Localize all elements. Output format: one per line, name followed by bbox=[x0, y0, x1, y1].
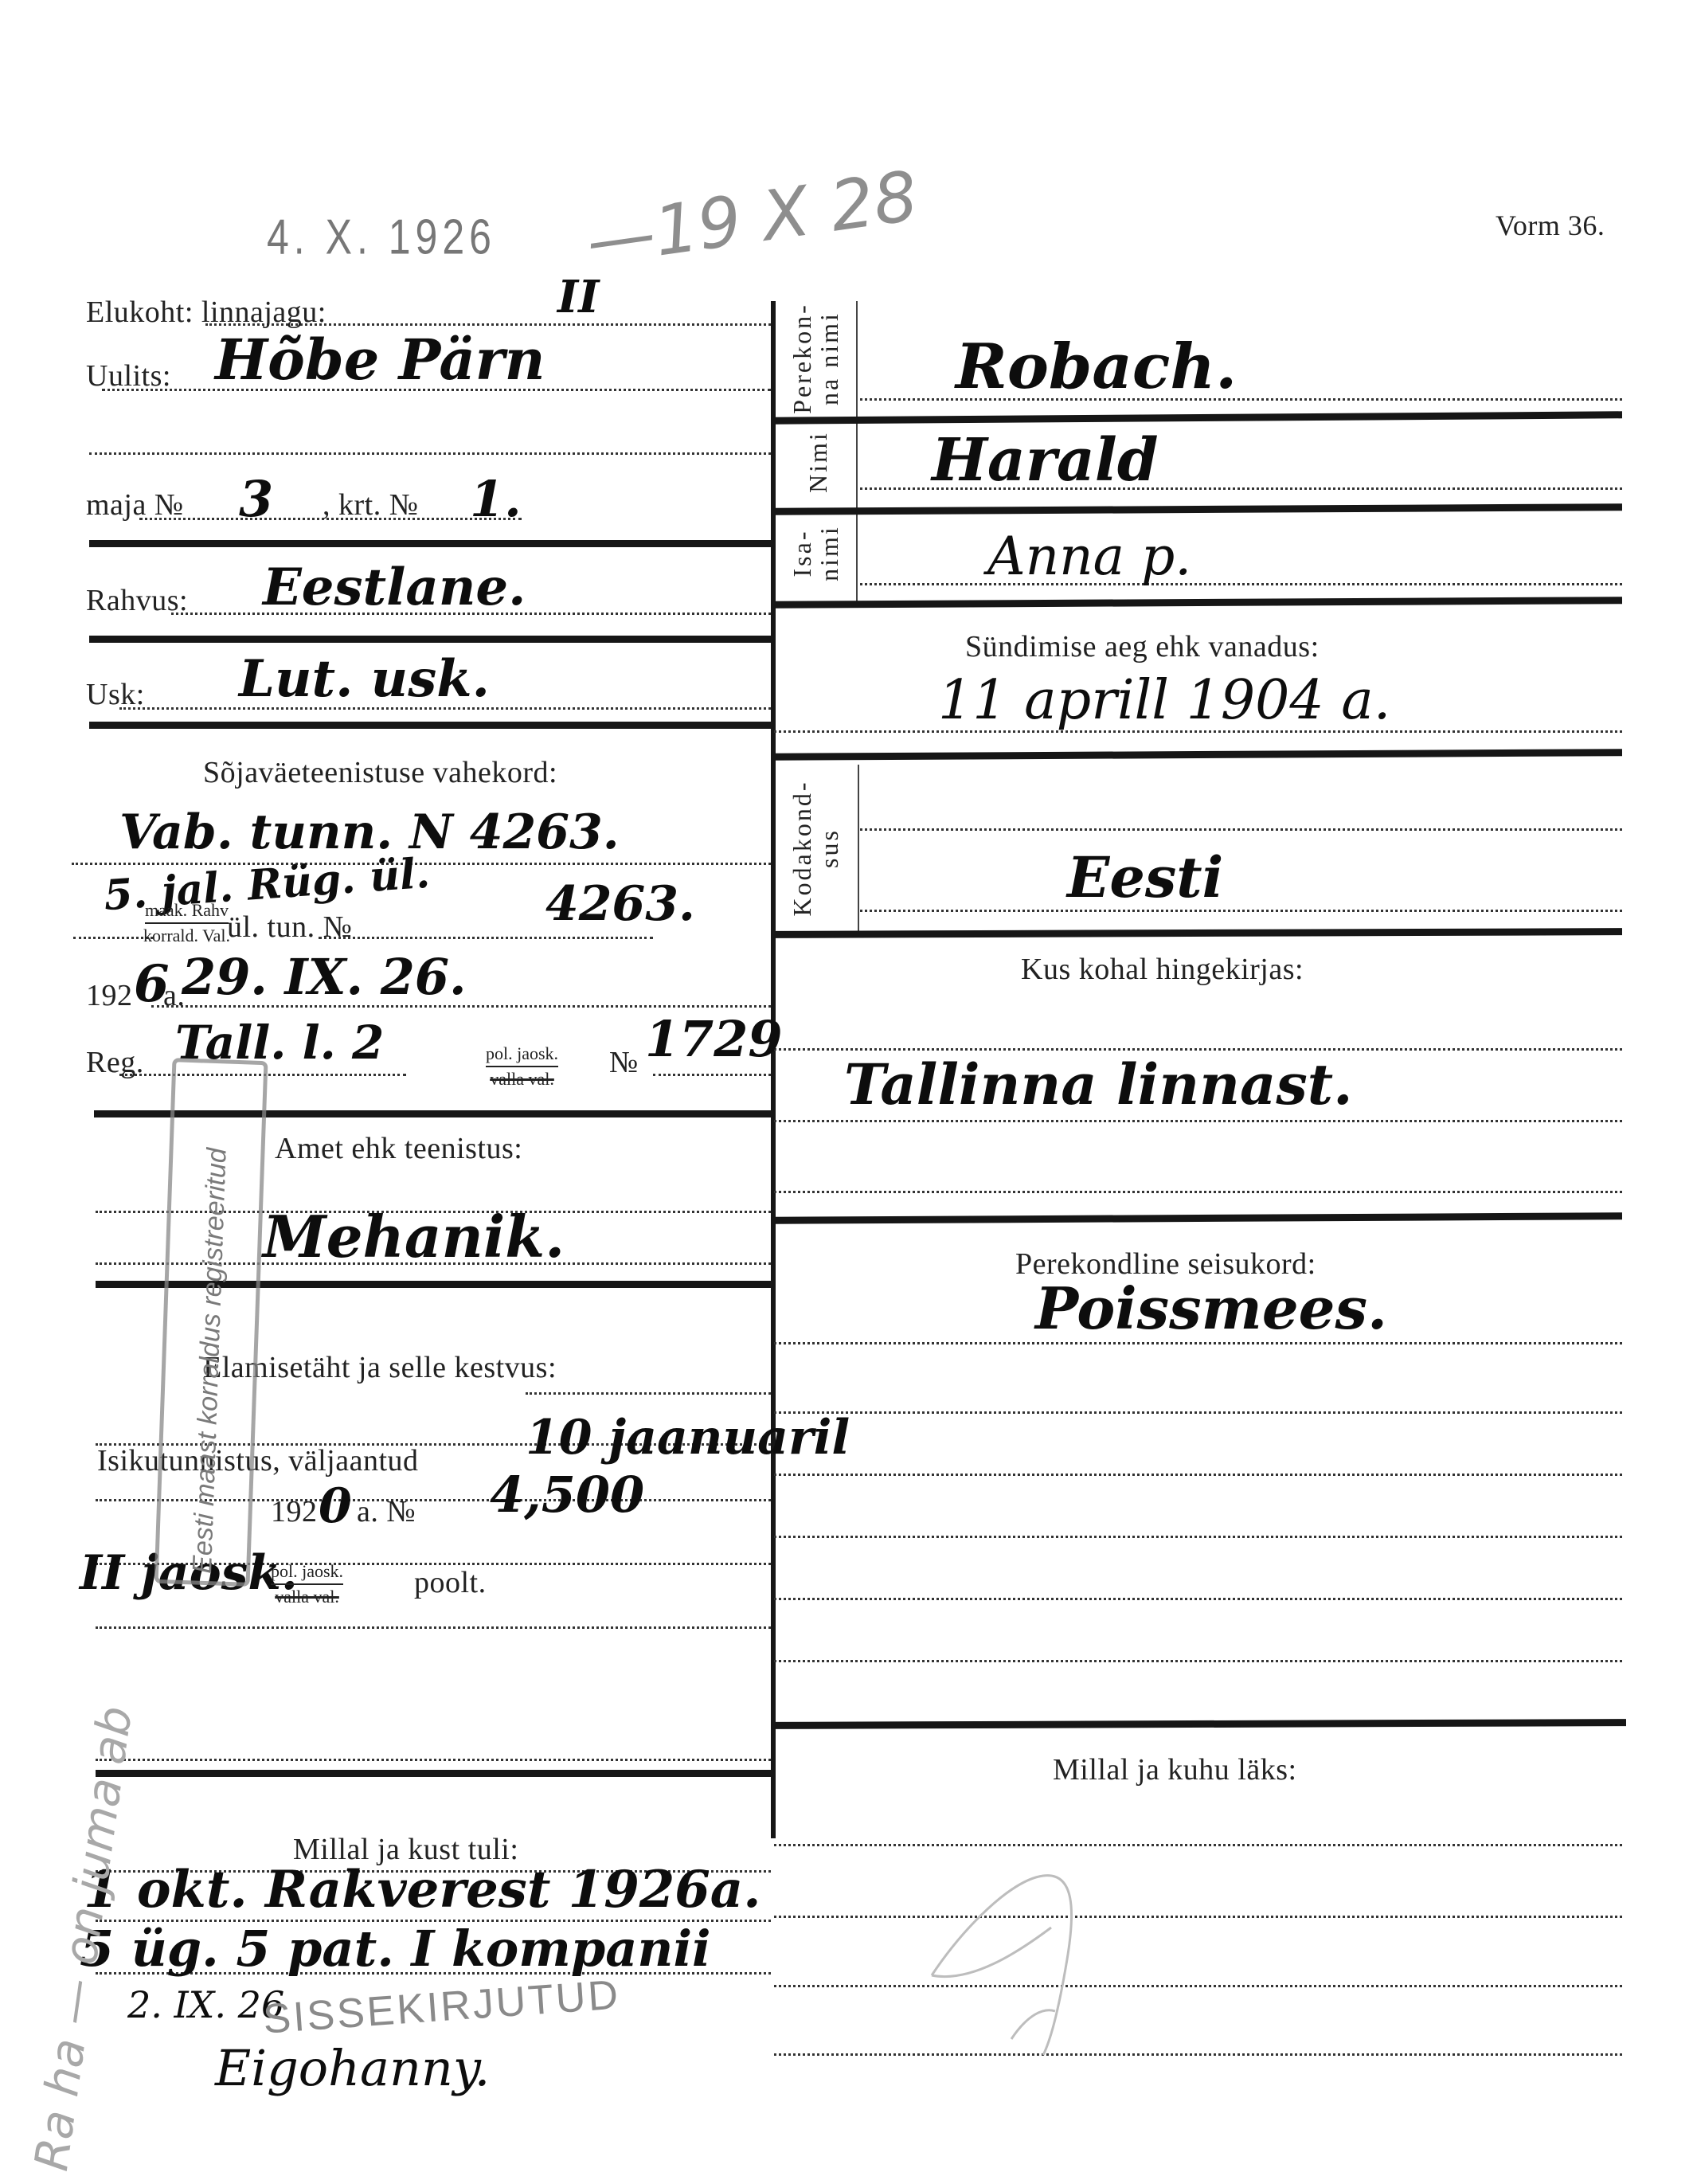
isanimi-label-line2: nimi bbox=[815, 507, 843, 599]
ul-tun-label: ül. tun. № bbox=[227, 910, 352, 945]
dots-hinge3 bbox=[774, 1191, 1622, 1193]
id-issued-value: 10 jaanuaril bbox=[526, 1410, 850, 1466]
reg-frac-top: pol. jaosk. bbox=[486, 1043, 558, 1067]
kodakondsus-label: Kodakond- sus bbox=[788, 769, 843, 928]
dots-blank1 bbox=[89, 452, 771, 455]
rule-l2 bbox=[89, 636, 771, 643]
dots-hinge1 bbox=[774, 1048, 1622, 1051]
elukoht-label: Elukoht: linnajagu: bbox=[86, 295, 326, 330]
dots-mil2 bbox=[73, 937, 153, 939]
date-stamp: 4. X. 1926 bbox=[267, 208, 496, 266]
rule-r7 bbox=[774, 1719, 1626, 1729]
id-label: Isikutunnistus, väljaantud bbox=[97, 1443, 419, 1478]
krt-label: , krt. № bbox=[323, 487, 418, 523]
maja-value: 3 bbox=[239, 470, 273, 528]
rule-l1 bbox=[89, 540, 771, 547]
maja-label: maja № bbox=[86, 487, 184, 523]
nimi-label: Nimi bbox=[804, 418, 831, 506]
nimi-value: Harald bbox=[932, 426, 1159, 495]
krt-value: 1. bbox=[470, 470, 522, 528]
dots-laks1 bbox=[774, 1844, 1622, 1846]
rule-r6 bbox=[774, 1212, 1622, 1224]
dots-kod2 bbox=[860, 910, 1622, 912]
rule-l3 bbox=[89, 722, 771, 729]
dots-isanimi bbox=[860, 583, 1622, 585]
perekonnanimi-label: Perekon- na nimi bbox=[788, 303, 843, 414]
rule-r4 bbox=[774, 749, 1622, 761]
dots-laks3 bbox=[774, 1985, 1622, 1987]
reg-fraction: pol. jaosk. valla val. bbox=[486, 1043, 558, 1090]
dots-fam3 bbox=[774, 1474, 1622, 1476]
perekonnanimi-value: Robach. bbox=[956, 331, 1237, 403]
usk-label: Usk: bbox=[86, 677, 145, 712]
rahvus-label: Rahvus: bbox=[86, 583, 188, 618]
rule-r1 bbox=[774, 411, 1622, 424]
center-divider bbox=[771, 301, 776, 1838]
pencil-annotation: —19 X 28 bbox=[581, 156, 922, 281]
dots-hinge2 bbox=[774, 1120, 1622, 1122]
uulits-value: Hõbe Pärn bbox=[215, 327, 545, 393]
departure-heading: Millal ja kuhu läks: bbox=[1053, 1752, 1297, 1787]
label-column-line bbox=[856, 301, 858, 608]
dots-fam6 bbox=[774, 1660, 1622, 1662]
arrival-line3: 2. IX. 26 bbox=[127, 1983, 284, 2026]
dots-kod1 bbox=[860, 828, 1622, 831]
dots-fam2 bbox=[774, 1411, 1622, 1414]
official-signature: Eigohanny. bbox=[215, 2039, 490, 2097]
reg-no-label: № bbox=[609, 1045, 639, 1080]
arrival-line2: 5 üg. 5 pat. I kompanii bbox=[80, 1920, 711, 1978]
occupation-heading: Amet ehk teenistus: bbox=[275, 1131, 522, 1166]
reg-label: Reg. bbox=[86, 1045, 144, 1080]
military-fraction: maak. Rahv korrald. Val. bbox=[143, 900, 230, 946]
issuer-fraction: pol. jaosk. valla val. bbox=[271, 1561, 343, 1607]
dots-blank3 bbox=[96, 1626, 771, 1629]
nimi-label-text: Nimi bbox=[804, 418, 831, 506]
reg-no-value: 1729 bbox=[645, 1010, 783, 1068]
isanimi-label: Isa- nimi bbox=[788, 507, 843, 599]
dots-laks4 bbox=[774, 2053, 1622, 2056]
dots-isik bbox=[526, 1392, 771, 1395]
military-date-value: 29. IX. 26. bbox=[182, 948, 467, 1006]
military-frac-bottom: korrald. Val. bbox=[143, 924, 230, 946]
dots-blank4 bbox=[96, 1759, 771, 1761]
isanimi-label-line1: Isa- bbox=[788, 507, 815, 599]
id-number-value: 4,500 bbox=[490, 1466, 644, 1524]
dots-reg-no bbox=[653, 1074, 771, 1076]
dots-fam1 bbox=[774, 1342, 1622, 1344]
family-value: Poissmees. bbox=[1035, 1274, 1387, 1342]
rule-l6 bbox=[96, 1770, 771, 1777]
id-year-digit: 0 bbox=[319, 1478, 352, 1534]
dots-fam4 bbox=[774, 1536, 1622, 1538]
issuer-frac-bottom: valla val. bbox=[275, 1585, 339, 1607]
reg-frac-bottom: valla val. bbox=[490, 1067, 554, 1090]
occupation-value: Mehanik. bbox=[263, 1203, 565, 1270]
birth-value: 11 aprill 1904 a. bbox=[938, 669, 1390, 732]
perekonnanimi-label-line2: na nimi bbox=[815, 303, 843, 414]
hingekiri-value: Tallinna linnast. bbox=[844, 1051, 1352, 1117]
id-year-prefix: 192 bbox=[271, 1494, 318, 1529]
pencil-scribble bbox=[916, 1864, 1107, 2063]
rule-r5 bbox=[774, 928, 1622, 938]
poolt-label: poolt. bbox=[414, 1565, 487, 1600]
rule-r3 bbox=[774, 597, 1622, 609]
kodakondsus-label-line2: sus bbox=[815, 769, 843, 928]
birth-heading: Sündimise aeg ehk vanadus: bbox=[965, 629, 1320, 664]
hingekiri-heading: Kus kohal hingekirjas: bbox=[1021, 952, 1304, 987]
form-number: Vorm 36. bbox=[1496, 209, 1605, 242]
linnajagu-value: II bbox=[557, 271, 599, 323]
usk-value: Lut. usk. bbox=[239, 649, 490, 709]
issuer-frac-top: pol. jaosk. bbox=[271, 1561, 343, 1585]
dots-mil2b bbox=[319, 937, 653, 939]
ul-tun-value: 4263. bbox=[545, 876, 695, 932]
rule-r2 bbox=[774, 503, 1622, 515]
military-heading: Sõjaväeteenistuse vahekord: bbox=[203, 755, 557, 790]
year-prefix: 192 bbox=[86, 978, 133, 1013]
dots-laks2 bbox=[774, 1916, 1622, 1918]
sissekirjutud-stamp: SISSEKIRJUTUD bbox=[261, 1971, 621, 2043]
military-line1: Vab. tunn. N 4263. bbox=[119, 804, 620, 860]
id-year-suffix: a. № bbox=[357, 1494, 416, 1529]
rahvus-value: Eestlane. bbox=[263, 558, 526, 617]
label-column-line-2 bbox=[858, 765, 859, 936]
kodakondsus-value: Eesti bbox=[1067, 844, 1223, 910]
dots-fam5 bbox=[774, 1598, 1622, 1600]
arrival-line1: 1 okt. Rakverest 1926a. bbox=[84, 1860, 761, 1920]
kodakondsus-label-line1: Kodakond- bbox=[788, 769, 815, 928]
uulits-label: Uulits: bbox=[86, 358, 171, 393]
military-frac-top: maak. Rahv bbox=[145, 900, 229, 924]
perekonnanimi-label-line1: Perekon- bbox=[788, 303, 815, 414]
isanimi-value: Anna p. bbox=[987, 526, 1191, 587]
